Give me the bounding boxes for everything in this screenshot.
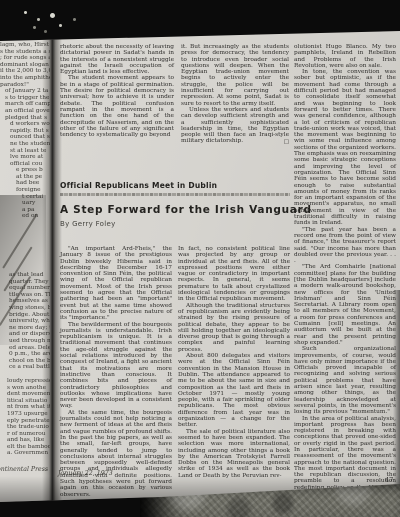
paragraph: it. But increasingly as the students pre… [181,44,289,107]
irish-article-left-column: "An important Ard-Fheis," the January 8 … [60,246,172,498]
decorative-rule [60,193,290,196]
egypt-article-right-column: it. But increasingly as the students pre… [181,44,289,145]
article-header: Official Republicans Meet in Dublin A St… [60,181,290,228]
article-kicker: Official Republicans Meet in Dublin [60,181,290,190]
paragraph: Although the traditional structures of r… [178,303,290,353]
scanner-dust-speckles [24,11,27,14]
egypt-article-right-paragraphs: it. But increasingly as the students pre… [181,44,289,145]
paragraph: "The past year has been a record one fro… [294,227,396,265]
paragraph: The sale of political literature also se… [178,429,290,479]
page-curl-shadow [0,195,46,345]
egypt-article-left-column: rhetoric about the necessity of leaving … [60,44,174,138]
paragraph: The student movement appears to be in a … [60,75,174,138]
page-fold-shadow [42,0,62,517]
paragraph: olutionist Hugo Blanco. My two pamphlets… [294,44,396,69]
irish-article-far-right-column: olutionist Hugo Blanco. My two pamphlets… [294,44,396,504]
paragraph: In fact, no consistent political line wa… [178,246,290,303]
irish-article-mid-column: In fact, no consistent political line wa… [178,246,290,479]
article-byline: By Gerry Foley [60,220,290,228]
paragraph: About 800 delegates and visitors were at… [178,353,290,429]
paragraph: In tone, the convention was sober but op… [294,69,396,226]
paragraph: The bewilderment of the bourgeois journa… [60,322,172,410]
paragraph: "An important Ard-Fheis," the January 8 … [60,246,172,322]
paragraph: "The Ard Comhairle [national committee] … [294,264,396,346]
paragraph: Such organizational improvements, of cou… [294,346,396,415]
scanned-magazine-page: lagm, who, Hirsts the students a sp; for… [0,0,400,517]
article-title: A Step Forward for the Irish Vanguard [60,204,290,216]
paragraph: rhetoric about the necessity of leaving … [60,44,174,75]
page-spread: lagm, who, Hirsts the students a sp; for… [0,0,400,517]
